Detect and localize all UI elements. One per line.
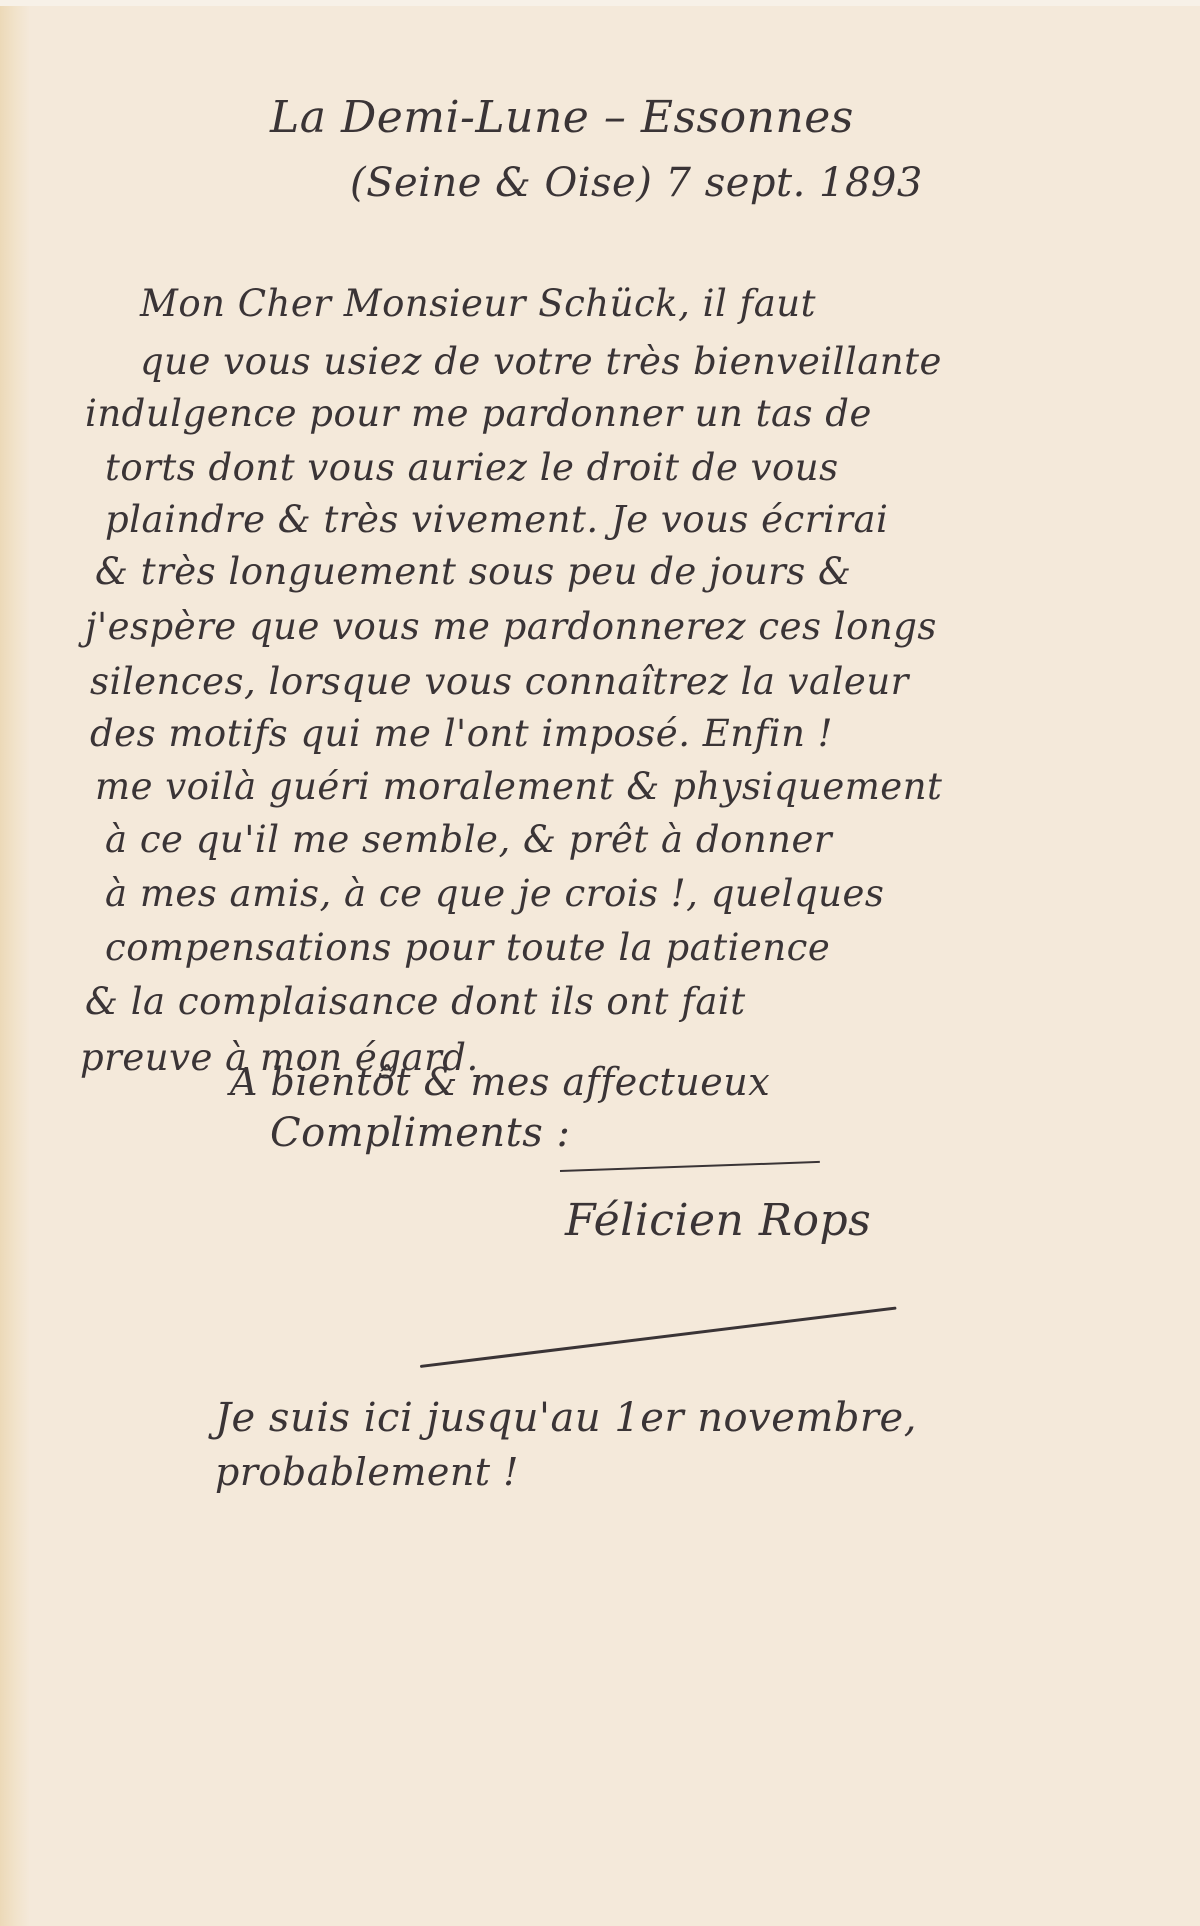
letter-closing: A bientôt & mes affectueux xyxy=(230,1060,770,1104)
letter-body-line: que vous usiez de votre très bienveillan… xyxy=(140,340,942,383)
letter-body-line: me voilà guéri moralement & physiquement xyxy=(95,765,942,808)
letter-body-line: j'espère que vous me pardonnerez ces lon… xyxy=(85,605,937,648)
letter-body-line: & la complaisance dont ils ont fait xyxy=(85,980,746,1023)
letter-header-date: (Seine & Oise) 7 sept. 1893 xyxy=(350,160,923,206)
letter-body-line: des motifs qui me l'ont imposé. Enfin ! xyxy=(90,712,833,755)
postscript-line: Je suis ici jusqu'au 1er novembre, xyxy=(215,1395,917,1441)
letter-body-line: & très longuement sous peu de jours & xyxy=(95,550,852,593)
letter-body-line: torts dont vous auriez le droit de vous xyxy=(105,446,839,489)
letter-body-line: compensations pour toute la patience xyxy=(105,926,830,969)
letter-body-line: silences, lorsque vous connaîtrez la val… xyxy=(90,660,909,703)
letter-header-place: La Demi-Lune – Essonnes xyxy=(270,92,854,143)
letter-body-line: plaindre & très vivement. Je vous écrira… xyxy=(105,498,888,541)
letter-body-line: à ce qu'il me semble, & prêt à donner xyxy=(105,818,832,861)
letter-body-line: à mes amis, à ce que je crois !, quelque… xyxy=(105,872,884,915)
signature: Félicien Rops xyxy=(565,1195,871,1246)
letter-closing-compliments: Compliments : xyxy=(270,1110,570,1156)
letter-body-line: Mon Cher Monsieur Schück, il faut xyxy=(140,282,816,325)
postscript-line: probablement ! xyxy=(215,1450,519,1494)
letter-body-line: indulgence pour me pardonner un tas de xyxy=(85,392,872,435)
